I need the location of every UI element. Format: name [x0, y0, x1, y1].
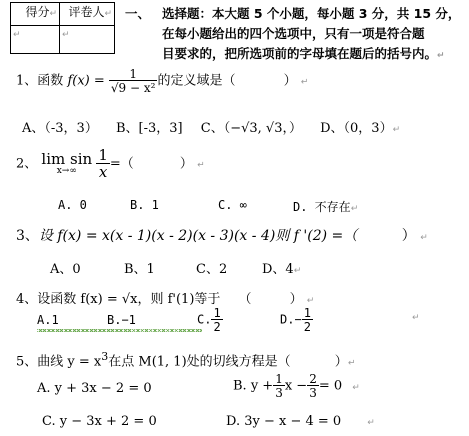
option-b: B、1	[124, 258, 155, 277]
question-5: 5、曲线 y = x3在点 M(1, 1)处的切线方程是（ ）↵	[16, 350, 355, 369]
question-3-options: A、0 B、1 C、2 D、4↵	[50, 258, 81, 277]
option-d: D. 不存在↵	[293, 198, 358, 215]
fraction: 1x	[96, 148, 110, 180]
instructions-line-2: 在每小题给出的四个选项中，只有一项是符合题	[162, 24, 425, 42]
option-b: B. 1	[130, 198, 159, 212]
option-b: B、[-3，3]	[116, 121, 183, 136]
instructions-line-1: 选择题：本大题 5 个小题，每小题 3 分，共 15 分，	[162, 4, 460, 22]
question-3: 3、设 f(x) = x(x - 1)(x - 2)(x - 3)(x - 4)…	[16, 225, 428, 245]
option-b: B. y +13x −23= 0 ↵	[233, 373, 360, 399]
limit-expression: lim sinx→∞	[41, 152, 92, 176]
option-c: C. y − 3x + 2 = 0	[42, 414, 157, 429]
score-table: 得分↵ 评卷人↵ ↵ ↵	[10, 2, 115, 54]
option-a: A. y + 3x − 2 = 0	[37, 381, 152, 396]
option-d: D.−12	[280, 307, 313, 333]
section-number: 一、	[125, 4, 150, 22]
option-c: C、（−√3, √3，）	[201, 121, 302, 136]
score-header: 得分↵	[11, 3, 60, 26]
grader-header: 评卷人↵	[60, 3, 115, 26]
question-2-options: A. 0 B. 1 C. ∞ D. 不存在↵	[58, 198, 87, 212]
score-cell[interactable]: ↵	[11, 26, 60, 54]
fraction: 1√9 − x²	[109, 68, 158, 94]
option-a: A.1	[37, 313, 59, 327]
option-b: B.−1	[107, 313, 136, 327]
instructions-line-3: 目要求的，把所选项前的字母填在题后的括号内。↵	[162, 44, 445, 62]
option-a: A、（-3，3）	[22, 121, 98, 136]
option-d: D、4↵	[262, 258, 301, 277]
option-c: C、2	[196, 258, 227, 277]
option-a: A. 0	[58, 198, 87, 212]
option-d: D. 3y − x − 4 = 0↵	[226, 414, 375, 429]
question-1: 1、函数 f(x) = 1√9 − x²的定义域是（ ） ↵	[16, 68, 308, 94]
option-a: A、0	[50, 262, 81, 277]
question-1-options: A、（-3，3） B、[-3，3] C、（−√3, √3，） D、（0，3）↵	[22, 117, 400, 136]
question-4-options: A.1 B.−1 C.12 D.−12 ↵	[37, 313, 59, 327]
spellcheck-underline	[37, 329, 202, 332]
grader-cell[interactable]: ↵	[60, 26, 115, 54]
option-c: C. ∞	[218, 198, 247, 212]
question-4: 4、设函数 f(x) = √x，则 f'(1)等于 （） ↵	[16, 288, 314, 307]
question-2: 2、 lim sinx→∞ 1x=（ ） ↵	[16, 148, 205, 180]
option-d: D、（0，3）	[320, 121, 392, 136]
